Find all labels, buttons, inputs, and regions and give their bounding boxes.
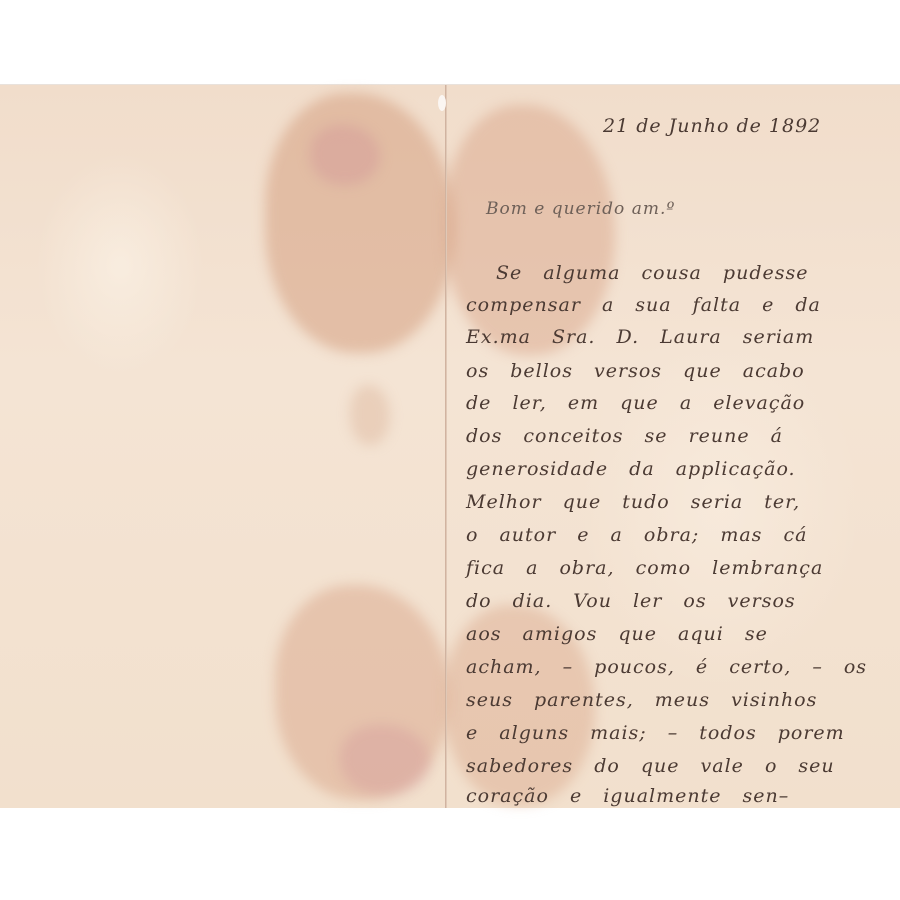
letter-salutation: Bom e querido am.º	[486, 199, 675, 219]
letter-line: Ex.ma Sra. D. Laura seriam	[466, 326, 814, 348]
letter-line: acham, – poucos, é certo, – os	[466, 656, 867, 678]
letter-date: 21 de Junho de 1892	[603, 115, 821, 137]
letter-line: coração e igualmente sen–	[466, 785, 789, 807]
letter-line: dos conceitos se reune á	[466, 425, 783, 447]
paper-tear	[438, 95, 446, 111]
letter-line: compensar a sua falta e da	[466, 294, 821, 316]
letter-line: e alguns mais; – todos porem	[466, 722, 845, 744]
letter-line: generosidade da applicação.	[466, 458, 796, 480]
letter-line: de ler, em que a elevação	[466, 392, 805, 414]
letter-line: o autor e a obra; mas cá	[466, 524, 807, 546]
left-page	[0, 85, 446, 808]
letter-line: aos amigos que aqui se	[466, 623, 768, 645]
letter-line: os bellos versos que acabo	[466, 360, 805, 382]
letter-sheet: 21 de Junho de 1892 Bom e querido am.º S…	[0, 85, 900, 808]
letter-line: do dia. Vou ler os versos	[466, 590, 796, 612]
letter-line: fica a obra, como lembrança	[466, 557, 823, 579]
letter-line: seus parentes, meus visinhos	[466, 689, 817, 711]
letter-line: sabedores do que vale o seu	[466, 755, 835, 777]
letter-line: Se alguma cousa pudesse	[496, 262, 808, 284]
letter-line: Melhor que tudo seria ter,	[466, 491, 800, 513]
